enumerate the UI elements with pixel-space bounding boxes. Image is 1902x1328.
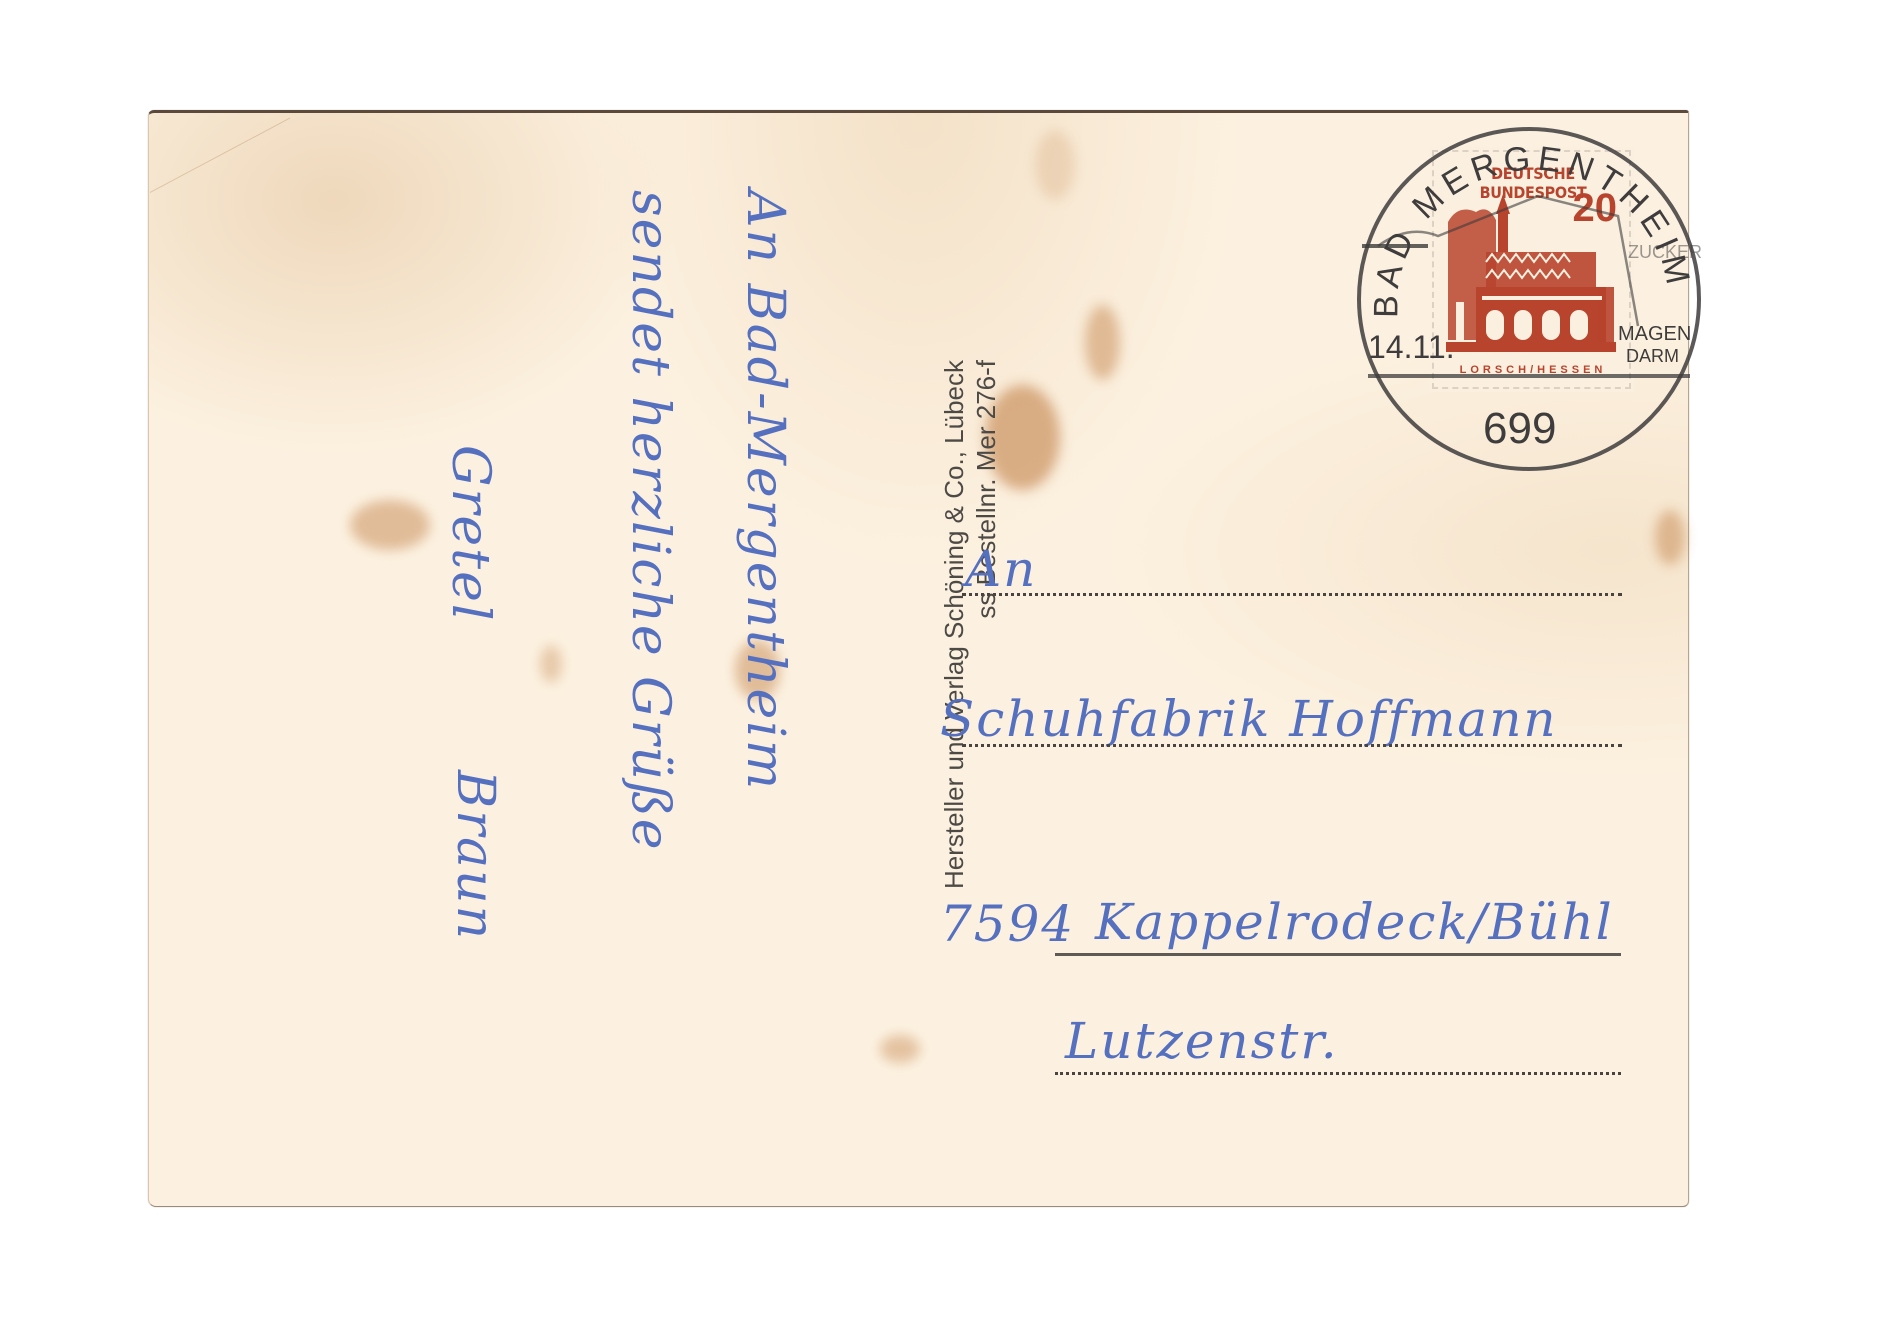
stamp-value: 20 xyxy=(1573,186,1618,231)
message-line-4: Braun xyxy=(445,770,505,941)
stain xyxy=(1655,510,1685,565)
address-name: Schuhfabrik Hoffmann xyxy=(940,690,1558,748)
address-line-3 xyxy=(1055,953,1621,956)
stain xyxy=(1085,305,1120,380)
message-line-2: sendet herzliche Grüße xyxy=(620,190,680,852)
address-salutation: An xyxy=(965,540,1037,598)
address-postcode: 7594 xyxy=(940,895,1075,953)
stain xyxy=(1035,130,1075,200)
stain xyxy=(540,645,562,683)
publisher-imprint: Hersteller und Verlag Schöning & Co., Lü… xyxy=(938,360,1002,889)
message-line-1: An Bad-Mergentheim xyxy=(735,190,795,791)
postage-stamp: DEUTSCHE BUNDESPOST 20 LORSCH/HESSEN xyxy=(1432,150,1631,389)
message-line-3: Gretel xyxy=(440,445,500,622)
publisher-line-2: ss Bestellnr. Mer 276-f xyxy=(970,360,1002,889)
stain xyxy=(350,500,430,550)
address-line-1 xyxy=(962,593,1622,596)
stamp-caption: LORSCH/HESSEN xyxy=(1438,364,1628,376)
address-line-4 xyxy=(1055,1072,1621,1075)
stain xyxy=(880,1035,920,1063)
address-city: Kappelrodeck/Bühl xyxy=(1095,893,1614,951)
address-line-2 xyxy=(962,744,1622,747)
publisher-line-1: Hersteller und Verlag Schöning & Co., Lü… xyxy=(938,360,970,889)
address-street: Lutzenstr. xyxy=(1065,1012,1339,1070)
